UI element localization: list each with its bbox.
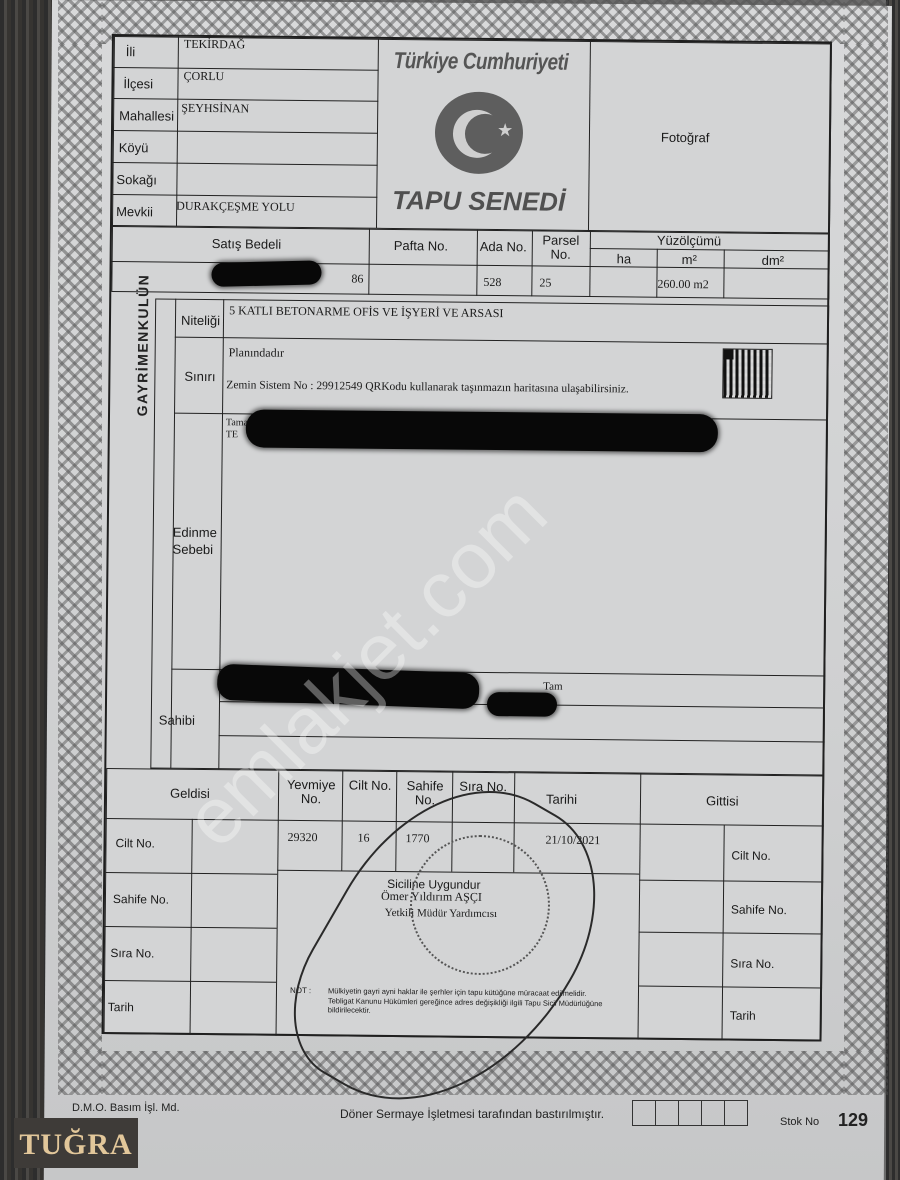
tarihi-header: Tarihi <box>546 793 577 808</box>
sahibi-share: Tam <box>543 681 563 693</box>
cilt-value: 16 <box>358 831 370 846</box>
neighborhood-value: ŞEYHSİNAN <box>181 101 249 117</box>
nitelik-value: 5 KATLI BETONARME OFİS VE İŞYERİ VE ARSA… <box>229 303 504 321</box>
right-tarih-label: Tarih <box>730 1009 756 1023</box>
area-header: Yüzölçümü <box>657 234 721 249</box>
crescent-star-icon: ★ <box>435 91 524 174</box>
district-label: İlçesi <box>123 76 153 91</box>
street-label: Sokağı <box>116 172 157 187</box>
nitelik-label: Niteliği <box>181 313 220 328</box>
yevmiye-value: 29320 <box>288 830 318 845</box>
deed-title: TAPU SENEDİ <box>392 185 565 218</box>
locality-label: Mevkii <box>116 204 153 219</box>
right-sahife-label: Sahife No. <box>731 903 787 918</box>
province-label: İli <box>126 44 136 59</box>
republic-title: Türkiye Cumhuriyeti <box>394 47 569 76</box>
district-value: ÇORLU <box>183 69 224 84</box>
redaction <box>246 409 718 452</box>
pafta-header: Pafta No. <box>394 239 448 254</box>
left-sira-label: Sıra No. <box>110 946 154 960</box>
sinir-line1: Planındadır <box>229 345 284 361</box>
village-label: Köyü <box>119 140 149 155</box>
sinir-label: Sınırı <box>184 369 215 384</box>
edinme-label: Edinme Sebebi <box>173 525 223 559</box>
left-cilt-label: Cilt No. <box>115 836 154 850</box>
province-value: TEKİRDAĞ <box>184 37 245 53</box>
ada-value: 528 <box>483 275 501 290</box>
edinme-start2: TE <box>226 429 238 440</box>
right-cilt-label: Cilt No. <box>731 849 770 863</box>
property-section-label: GAYRİMENKULÜN <box>134 274 151 417</box>
photo-label: Fotoğraf <box>661 130 710 146</box>
left-tarih-label: Tarih <box>108 1000 134 1014</box>
locality-value: DURAKÇEŞME YOLU <box>176 199 295 215</box>
gittisi-header: Gittisi <box>706 794 739 809</box>
photo-box <box>589 41 832 234</box>
m2-header: m² <box>682 253 697 267</box>
dm2-header: dm² <box>762 254 785 269</box>
cilt-header: Cilt No. <box>346 778 394 793</box>
parsel-value: 25 <box>539 275 551 290</box>
printer-text: D.M.O. Basım İşl. Md. <box>72 1102 180 1114</box>
serial-boxes <box>632 1100 747 1126</box>
stock-number: 129 <box>838 1110 868 1131</box>
redaction <box>211 260 322 287</box>
area-m2-value: 260.00 m2 <box>657 277 708 293</box>
tugra-logo: TUĞRA <box>14 1118 138 1168</box>
right-sira-label: Sıra No. <box>730 957 774 971</box>
printed-by-text: Döner Sermaye İşletmesi tarafından bastı… <box>340 1107 604 1121</box>
sale-price-header: Satış Bedeli <box>212 237 282 252</box>
stock-label: Stok No <box>780 1116 819 1128</box>
ada-header: Ada No. <box>480 240 527 255</box>
qr-code[interactable] <box>722 348 773 399</box>
neighborhood-label: Mahallesi <box>119 108 174 124</box>
sale-price-value: 86 <box>351 272 363 287</box>
sahibi-label: Sahibi <box>159 713 195 728</box>
left-sahife-label: Sahife No. <box>113 892 169 907</box>
redaction <box>487 692 557 717</box>
ha-header: ha <box>617 252 632 266</box>
parsel-header: Parsel No. <box>536 233 586 262</box>
